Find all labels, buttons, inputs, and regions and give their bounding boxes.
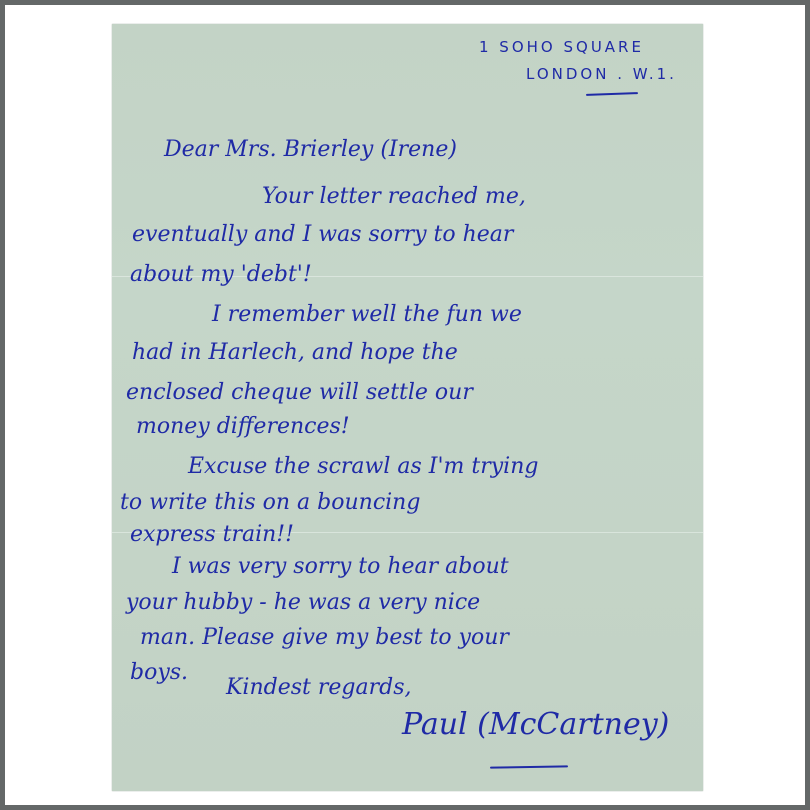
body-line: money differences! <box>136 416 350 438</box>
body-line: man. Please give my best to your <box>140 627 509 649</box>
salutation: Dear Mrs. Brierley (Irene) <box>164 139 457 161</box>
body-line: enclosed cheque will settle our <box>126 382 473 404</box>
letter-paper: 1 SOHO SQUARE LONDON . W.1. Dear Mrs. Br… <box>112 24 703 791</box>
signature-underline <box>490 765 568 768</box>
image-frame: 1 SOHO SQUARE LONDON . W.1. Dear Mrs. Br… <box>0 0 810 810</box>
body-line: your hubby - he was a very nice <box>126 592 480 614</box>
closing: Kindest regards, <box>226 677 412 699</box>
body-line: Your letter reached me, <box>262 186 526 208</box>
body-line: express train!! <box>130 524 294 546</box>
address-line-2: LONDON . W.1. <box>526 67 677 82</box>
body-line: I remember well the fun we <box>212 304 522 326</box>
body-line: I was very sorry to hear about <box>172 556 509 578</box>
body-line: Excuse the scrawl as I'm trying <box>188 456 538 478</box>
address-underline <box>586 92 638 96</box>
signature: Paul (McCartney) <box>402 710 669 740</box>
address-line-1: 1 SOHO SQUARE <box>479 40 644 55</box>
body-line: boys. <box>130 662 188 684</box>
body-line: to write this on a bouncing <box>120 492 420 514</box>
body-line: had in Harlech, and hope the <box>132 342 458 364</box>
body-line: about my 'debt'! <box>130 264 312 286</box>
body-line: eventually and I was sorry to hear <box>132 224 513 246</box>
